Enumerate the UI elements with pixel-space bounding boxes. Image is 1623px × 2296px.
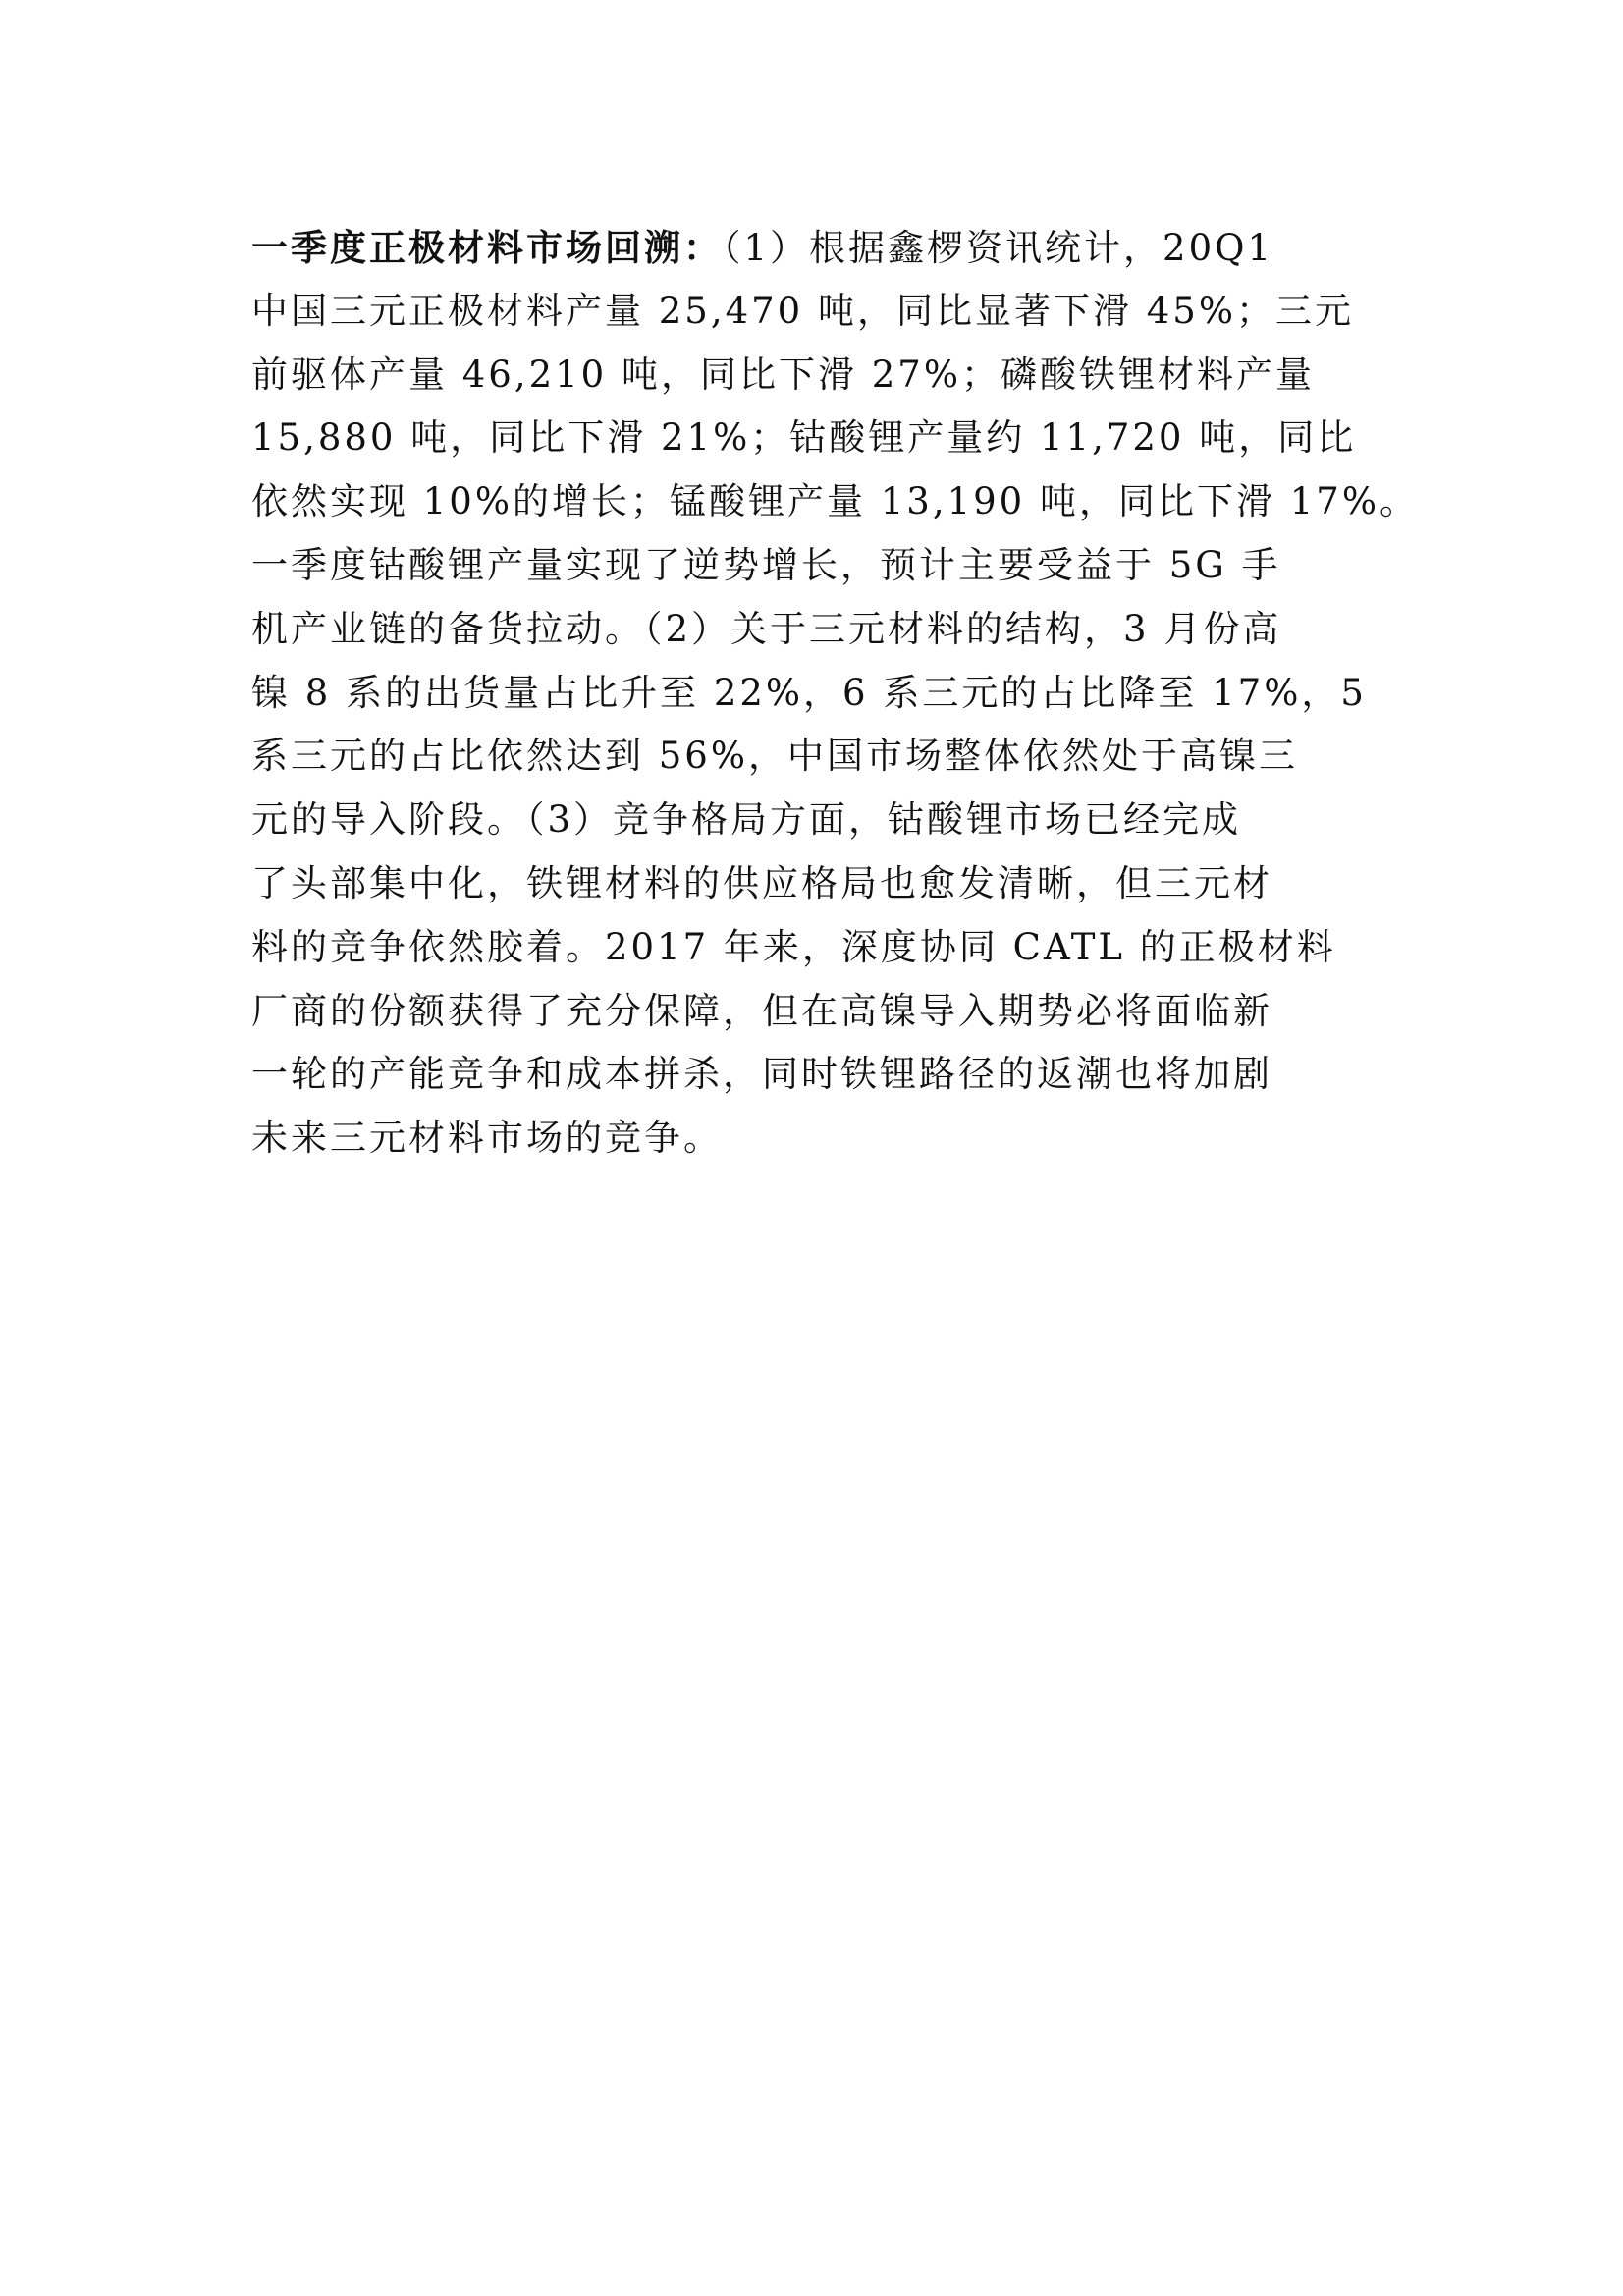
paragraph-line: 镍 8 系的出货量占比升至 22%，6 系三元的占比降至 17%，5 (251, 662, 1390, 726)
paragraph-line: 元的导入阶段。（3）竞争格局方面，钴酸锂市场已经完成 (251, 789, 1390, 852)
paragraph-line: 依然实现 10%的增长；锰酸锂产量 13,190 吨，同比下滑 17%。 (251, 470, 1390, 534)
paragraph-line: 一季度钴酸锂产量实现了逆势增长，预计主要受益于 5G 手 (251, 534, 1390, 598)
paragraph-line: 中国三元正极材料产量 25,470 吨，同比显著下滑 45%；三元 (251, 280, 1390, 344)
paragraph-line-text: （1）根据鑫椤资讯统计，20Q1 (723, 227, 1273, 269)
body-paragraph: 一季度正极材料市场回溯：（1）根据鑫椤资讯统计，20Q1 中国三元正极材料产量 … (251, 216, 1390, 1171)
paragraph-line: 厂商的份额获得了充分保障，但在高镍导入期势必将面临新 (251, 980, 1390, 1044)
document-page: 一季度正极材料市场回溯：（1）根据鑫椤资讯统计，20Q1 中国三元正极材料产量 … (0, 0, 1623, 2296)
paragraph-line: 未来三元材料市场的竞争。 (251, 1107, 1390, 1171)
paragraph-line: 了头部集中化，铁锂材料的供应格局也愈发清晰，但三元材 (251, 852, 1390, 916)
paragraph-line: 机产业链的备货拉动。（2）关于三元材料的结构，3 月份高 (251, 598, 1390, 662)
paragraph-line: 一轮的产能竞争和成本拼杀，同时铁锂路径的返潮也将加剧 (251, 1043, 1390, 1107)
paragraph-line: 系三元的占比依然达到 56%，中国市场整体依然处于高镍三 (251, 725, 1390, 789)
paragraph-line: 前驱体产量 46,210 吨，同比下滑 27%；磷酸铁锂材料产量 (251, 344, 1390, 408)
paragraph-lead-heading: 一季度正极材料市场回溯： (251, 226, 723, 269)
paragraph-line: 一季度正极材料市场回溯：（1）根据鑫椤资讯统计，20Q1 (251, 216, 1390, 280)
paragraph-line: 15,880 吨，同比下滑 21%；钴酸锂产量约 11,720 吨，同比 (251, 407, 1390, 470)
paragraph-line: 料的竞争依然胶着。2017 年来，深度协同 CATL 的正极材料 (251, 916, 1390, 980)
